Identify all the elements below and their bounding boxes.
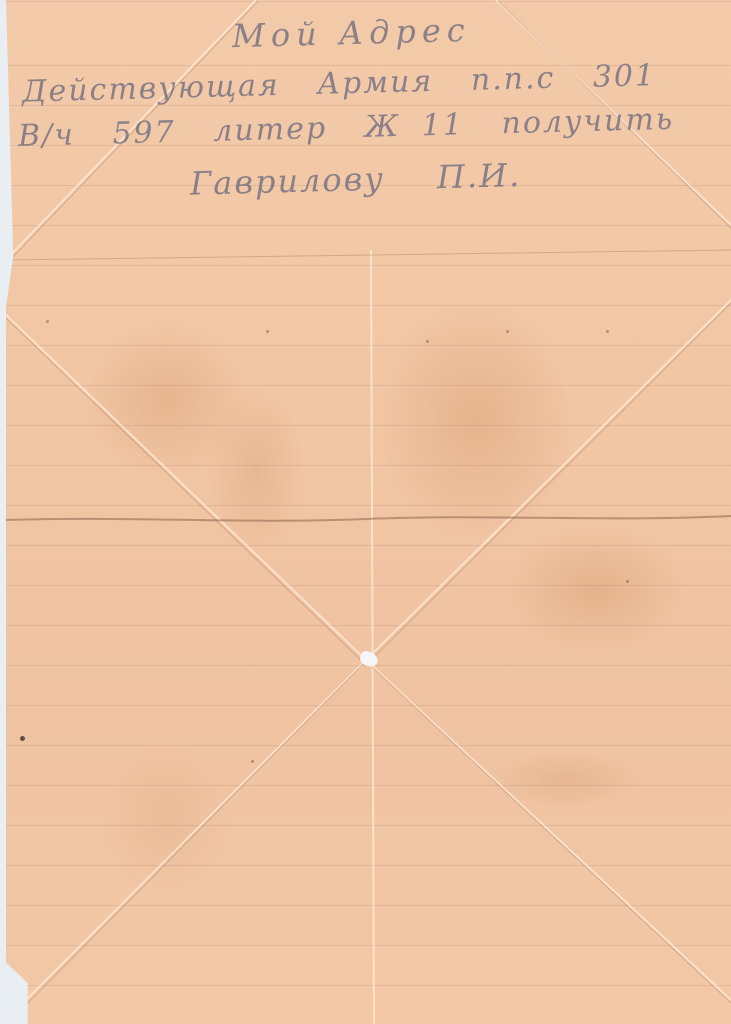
speck [266,330,269,333]
address-line-2: Действующая Армия п.п.с 301 [22,57,683,109]
address-heading: Мой Адрес [232,11,472,55]
word: 597 [112,115,176,152]
speck [20,736,25,741]
word: 301 [592,58,656,95]
word: п.п.с [470,61,555,98]
address-line-3: В/ч 597 литер Ж 11 получить [18,101,701,154]
word: В/ч [18,117,76,153]
word: 11 [421,107,464,143]
speck [506,330,509,333]
speck [626,580,629,583]
word: Действующая [22,68,281,110]
word: Гаврилову [190,160,386,203]
word: получить [501,102,675,142]
word: Ж [364,109,401,145]
address-line-4: Гаврилову П.И. [190,155,548,202]
speck [251,760,254,763]
speck [426,340,429,343]
address-handwriting: Мой Адрес Действующая Армия п.п.с 301 В/… [0,0,731,240]
heading-text: Мой Адрес [232,11,472,55]
word: Армия [317,64,434,102]
word: П.И. [436,156,521,196]
word: литер [213,111,328,149]
speck [46,320,49,323]
speck [606,330,609,333]
